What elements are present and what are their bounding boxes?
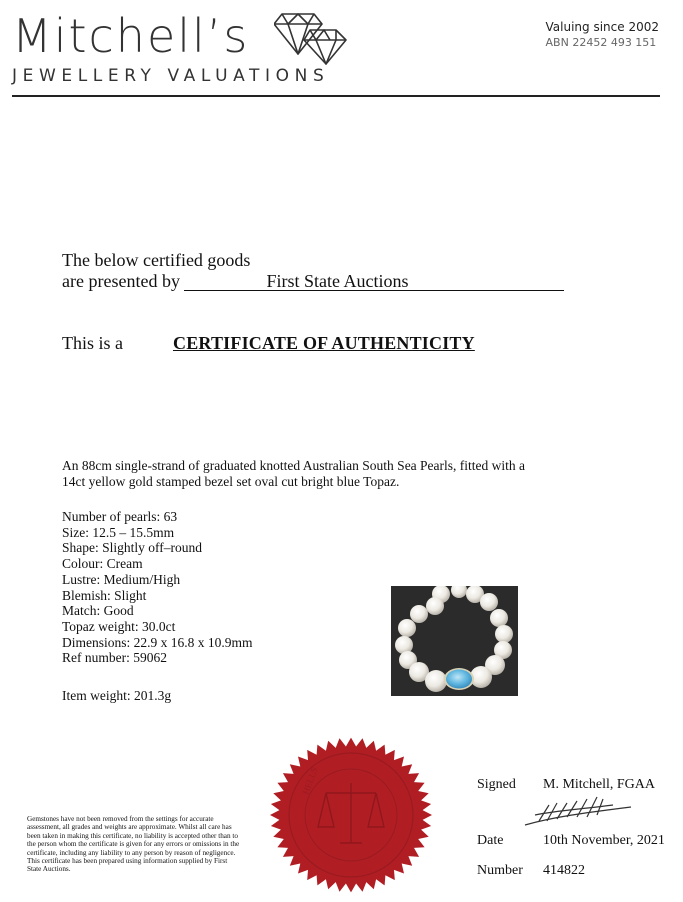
spec-row: Number of pearls: 63 (62, 509, 253, 525)
brand-name: Mitchell’s (12, 6, 249, 66)
signed-value: M. Mitchell, FGAA (543, 777, 655, 793)
spec-row: Shape: Slightly off–round (62, 540, 253, 556)
spec-row: Blemish: Slight (62, 588, 253, 604)
spec-row: Lustre: Medium/High (62, 572, 253, 588)
signed-label: Signed (477, 777, 516, 793)
certificate-prefix: This is a (62, 333, 123, 353)
header-divider (12, 95, 660, 97)
spec-row: Size: 12.5 – 15.5mm (62, 525, 253, 541)
presentation-line1: The below certified goods (62, 250, 564, 271)
specs-list: Number of pearls: 63Size: 12.5 – 15.5mmS… (62, 509, 253, 666)
presentation-block: The below certified goods are presented … (62, 250, 564, 292)
item-weight-label: Item weight (62, 688, 127, 703)
brand-subtitle: JEWELLERY VALUATIONS (12, 66, 329, 86)
certificate-title: CERTIFICATE OF AUTHENTICITY (173, 333, 475, 354)
number-value: 414822 (543, 863, 585, 879)
certificate-heading: This is a CERTIFICATE OF AUTHENTICITY (62, 333, 123, 354)
item-weight-value: 201.3g (134, 688, 171, 703)
tagline: Valuing since 2002 (546, 20, 659, 34)
presenter-name: First State Auctions (184, 272, 564, 291)
pearl-necklace-photo (391, 586, 518, 696)
item-photo (391, 586, 518, 696)
number-label: Number (477, 863, 523, 879)
disclaimer: Gemstones have not been removed from the… (27, 815, 242, 874)
date-value: 10th November, 2021 (543, 833, 665, 849)
signature (523, 795, 633, 829)
spec-row: Colour: Cream (62, 556, 253, 572)
red-seal: HELLS (262, 735, 440, 895)
spec-row: Topaz weight: 30.0ct (62, 619, 253, 635)
diamonds-icon (274, 10, 352, 68)
date-label: Date (477, 833, 503, 849)
presentation-line2: are presented by First State Auctions (62, 271, 564, 292)
item-description: An 88cm single-strand of graduated knott… (62, 458, 532, 490)
presented-by-label: are presented by (62, 271, 180, 291)
item-weight: Item weight: 201.3g (62, 688, 171, 704)
spec-row: Match: Good (62, 603, 253, 619)
spec-row: Ref number: 59062 (62, 650, 253, 666)
abn: ABN 22452 493 151 (546, 36, 659, 49)
company-info: Valuing since 2002 ABN 22452 493 151 (546, 20, 659, 49)
spec-row: Dimensions: 22.9 x 16.8 x 10.9mm (62, 635, 253, 651)
